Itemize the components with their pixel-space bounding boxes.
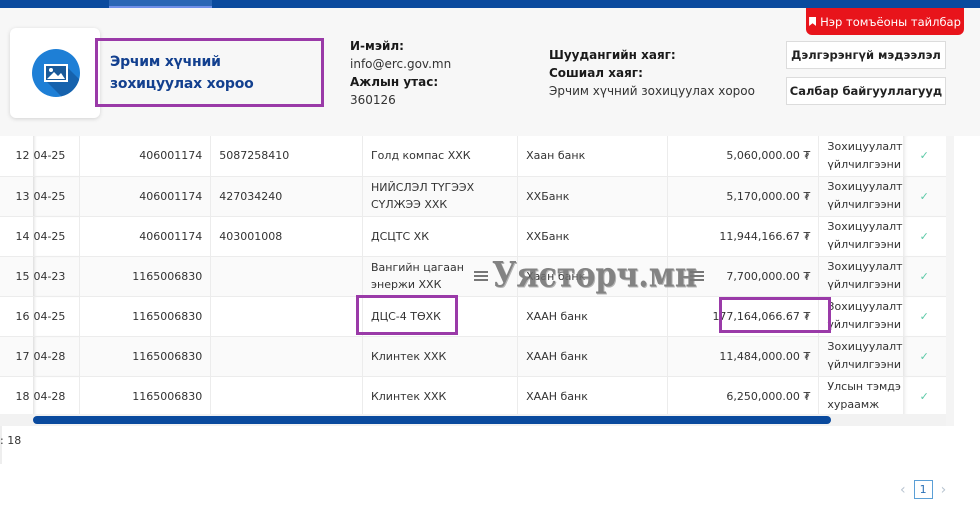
amount-cell: 5,170,000.00 ₮ bbox=[667, 176, 819, 216]
address-info: Шуудангийн хаяг: Сошиал хаяг: Эрчим хүчн… bbox=[549, 46, 755, 100]
table-row[interactable]: 1504-231165006830Вангийн цагаан энержи Х… bbox=[0, 256, 946, 296]
company-name-cell: Голд компас ХХК bbox=[362, 136, 517, 176]
amount-cell: 5,060,000.00 ₮ bbox=[667, 136, 819, 176]
description-cell: Улсын тэмдэ хураамж bbox=[819, 376, 903, 416]
phone-label: Ажлын утас: bbox=[350, 73, 451, 91]
org-logo bbox=[10, 28, 100, 118]
check-icon: ✓ bbox=[903, 176, 946, 216]
bank-cell: ХААН банк bbox=[518, 376, 668, 416]
chevron-right-icon[interactable]: › bbox=[941, 482, 947, 498]
check-icon: ✓ bbox=[903, 336, 946, 376]
description-cell: Зохицуулалт үйлчилгээни bbox=[819, 216, 903, 256]
details-button[interactable]: Дэлгэрэнгүй мэдээлэл bbox=[786, 41, 946, 69]
amount-cell: 6,250,000.00 ₮ bbox=[667, 376, 819, 416]
row-number: 12 bbox=[0, 136, 33, 176]
date-cell: 04-25 bbox=[33, 216, 79, 256]
account-cell bbox=[211, 336, 363, 376]
contact-info: И-мэйл: info@erc.gov.mn Ажлын утас: 3601… bbox=[350, 37, 451, 109]
bank-cell: ХХБанк bbox=[518, 216, 668, 256]
pagination: ‹ 1 › bbox=[900, 480, 946, 499]
bank-cell: ХХБанк bbox=[518, 176, 668, 216]
watermark-lines-left bbox=[474, 271, 488, 281]
description-cell: Зохицуулалт үйлчилгээни bbox=[819, 336, 903, 376]
bank-cell: Хаан банк bbox=[518, 136, 668, 176]
row-number: 15 bbox=[0, 256, 33, 296]
page-1-button[interactable]: 1 bbox=[914, 480, 933, 499]
register-cell: 1165006830 bbox=[79, 296, 210, 336]
social-label: Сошиал хаяг: bbox=[549, 64, 755, 82]
branches-button[interactable]: Салбар байгууллагууд bbox=[786, 77, 946, 105]
account-cell: 5087258410 bbox=[211, 136, 363, 176]
org-name[interactable]: Эрчим хүчний зохицуулах хороо bbox=[110, 51, 309, 95]
date-cell: 04-28 bbox=[33, 376, 79, 416]
amount-cell: 177,164,066.67 ₮ bbox=[667, 296, 819, 336]
total-count: : 18 bbox=[0, 434, 21, 447]
table-right-gutter bbox=[946, 136, 980, 426]
register-cell: 406001174 bbox=[79, 176, 210, 216]
bank-cell: ХААН банк bbox=[518, 296, 668, 336]
description-cell: Зохицуулалт үйлчилгээни bbox=[819, 256, 903, 296]
check-icon: ✓ bbox=[903, 216, 946, 256]
account-cell: 427034240 bbox=[211, 176, 363, 216]
active-nav-tab[interactable] bbox=[109, 0, 212, 8]
date-cell: 04-25 bbox=[33, 176, 79, 216]
register-cell: 1165006830 bbox=[79, 376, 210, 416]
chevron-left-icon[interactable]: ‹ bbox=[900, 482, 906, 498]
date-cell: 04-23 bbox=[33, 256, 79, 296]
check-icon: ✓ bbox=[903, 296, 946, 336]
email-label: И-мэйл: bbox=[350, 37, 451, 55]
table-row[interactable]: 1604-251165006830ДЦС-4 ТӨХКХААН банк177,… bbox=[0, 296, 946, 336]
bookmark-icon bbox=[809, 17, 816, 26]
company-name-cell: Клинтек ХХК bbox=[362, 376, 517, 416]
row-number: 16 bbox=[0, 296, 33, 336]
company-name-cell: ДСЦТС ХК bbox=[362, 216, 517, 256]
table-row[interactable]: 1804-281165006830Клинтек ХХКХААН банк6,2… bbox=[0, 376, 946, 416]
description-cell: Зохицуулалт үйлчилгээни bbox=[819, 296, 903, 336]
register-cell: 1165006830 bbox=[79, 336, 210, 376]
org-name-highlight: Эрчим хүчний зохицуулах хороо bbox=[95, 38, 324, 107]
glossary-button-label: Нэр томъёоны тайлбар bbox=[820, 15, 961, 29]
date-cell: 04-28 bbox=[33, 336, 79, 376]
row-number: 14 bbox=[0, 216, 33, 256]
date-cell: 04-25 bbox=[33, 296, 79, 336]
phone-value: 360126 bbox=[350, 91, 451, 109]
description-cell: Зохицуулалт үйлчилгээни bbox=[819, 176, 903, 216]
social-value[interactable]: Эрчим хүчний зохицуулах хороо bbox=[549, 82, 755, 100]
company-name-cell: Клинтек ХХК bbox=[362, 336, 517, 376]
image-icon bbox=[32, 49, 80, 97]
description-cell: Зохицуулалт үйлчилгээни bbox=[819, 136, 903, 176]
account-cell bbox=[211, 296, 363, 336]
table-row[interactable]: 1404-25406001174403001008ДСЦТС ХКХХБанк1… bbox=[0, 216, 946, 256]
table-row[interactable]: 1204-254060011745087258410Голд компас ХХ… bbox=[0, 136, 946, 176]
scrollbar-thumb[interactable] bbox=[33, 416, 831, 424]
account-cell bbox=[211, 256, 363, 296]
account-cell bbox=[211, 376, 363, 416]
glossary-button[interactable]: Нэр томъёоны тайлбар bbox=[806, 8, 964, 35]
row-number: 13 bbox=[0, 176, 33, 216]
email-value[interactable]: info@erc.gov.mn bbox=[350, 55, 451, 73]
register-cell: 406001174 bbox=[79, 136, 210, 176]
check-icon: ✓ bbox=[903, 376, 946, 416]
table-row[interactable]: 1704-281165006830Клинтек ХХКХААН банк11,… bbox=[0, 336, 946, 376]
watermark-lines-right bbox=[690, 271, 704, 281]
amount-cell: 11,944,166.67 ₮ bbox=[667, 216, 819, 256]
mail-address-label: Шуудангийн хаяг: bbox=[549, 46, 755, 64]
row-number: 17 bbox=[0, 336, 33, 376]
amount-cell: 11,484,000.00 ₮ bbox=[667, 336, 819, 376]
table-row[interactable]: 1304-25406001174427034240НИЙСЛЭЛ ТҮГЭЭХ … bbox=[0, 176, 946, 216]
transactions-table: 1204-254060011745087258410Голд компас ХХ… bbox=[0, 136, 946, 426]
account-cell: 403001008 bbox=[211, 216, 363, 256]
company-name-cell: ДЦС-4 ТӨХК bbox=[362, 296, 517, 336]
check-icon: ✓ bbox=[903, 256, 946, 296]
date-cell: 04-25 bbox=[33, 136, 79, 176]
row-number: 18 bbox=[0, 376, 33, 416]
watermark: Уястөрч.мн bbox=[492, 255, 697, 295]
register-cell: 406001174 bbox=[79, 216, 210, 256]
company-name-cell: НИЙСЛЭЛ ТҮГЭЭХ СҮЛЖЭЭ ХХК bbox=[362, 176, 517, 216]
bank-cell: ХААН банк bbox=[518, 336, 668, 376]
check-icon: ✓ bbox=[903, 136, 946, 176]
register-cell: 1165006830 bbox=[79, 256, 210, 296]
